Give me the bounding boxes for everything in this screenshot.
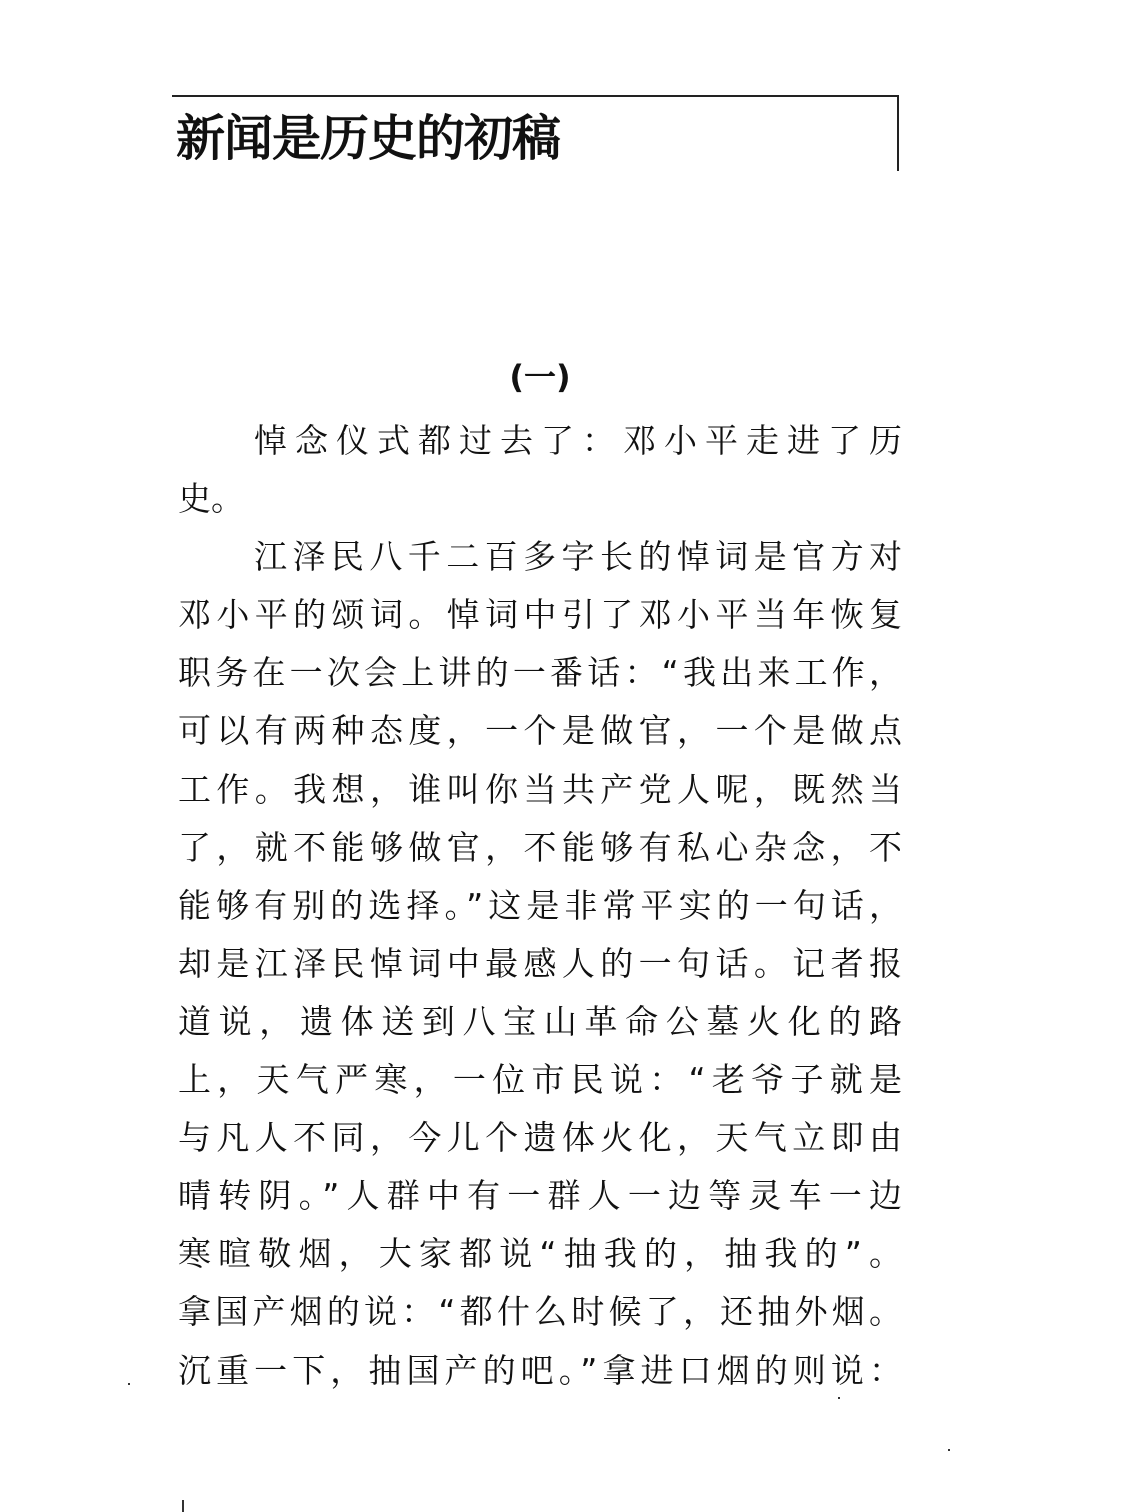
text-line: 能够有别的选择。”这是非常平实的一句话， <box>178 877 902 935</box>
text-line: 职务在一次会上讲的一番话：“我出来工作， <box>178 644 902 702</box>
text-line: 道说，遗体送到八宝山革命公墓火化的路 <box>178 993 902 1051</box>
scan-speck <box>948 1449 950 1451</box>
scan-mark <box>182 1500 184 1512</box>
header-rule <box>172 95 898 97</box>
text-line: 工作。我想，谁叫你当共产党人呢，既然当 <box>178 761 902 819</box>
text-line: 与凡人不同，今儿个遗体火化，天气立即由 <box>178 1109 902 1167</box>
text-line: 史。 <box>178 470 902 528</box>
body-text: 悼念仪式都过去了：邓小平走进了历 史。 江泽民八千二百多字长的悼词是官方对 邓小… <box>178 412 902 1400</box>
chapter-title: 新闻是历史的初稿 <box>176 108 560 168</box>
section-heading: (一) <box>0 355 1080 399</box>
text-line: 却是江泽民悼词中最感人的一句话。记者报 <box>178 935 902 993</box>
text-line: 了，就不能够做官，不能够有私心杂念，不 <box>178 819 902 877</box>
scan-speck <box>128 1383 130 1385</box>
text-line: 晴转阴。”人群中有一群人一边等灵车一边 <box>178 1167 902 1225</box>
text-line: 可以有两种态度，一个是做官，一个是做点 <box>178 702 902 760</box>
scan-speck <box>838 1397 840 1399</box>
header-rule-corner <box>897 95 899 171</box>
text-line: 拿国产烟的说：“都什么时候了，还抽外烟。 <box>178 1283 902 1341</box>
text-line: 邓小平的颂词。悼词中引了邓小平当年恢复 <box>178 586 902 644</box>
text-line: 江泽民八千二百多字长的悼词是官方对 <box>178 528 902 586</box>
text-line: 寒暄敬烟，大家都说“抽我的，抽我的”。 <box>178 1225 902 1283</box>
text-line: 悼念仪式都过去了：邓小平走进了历 <box>178 412 902 470</box>
text-line: 沉重一下，抽国产的吧。”拿进口烟的则说： <box>178 1342 902 1400</box>
text-line: 上，天气严寒，一位市民说：“老爷子就是 <box>178 1051 902 1109</box>
